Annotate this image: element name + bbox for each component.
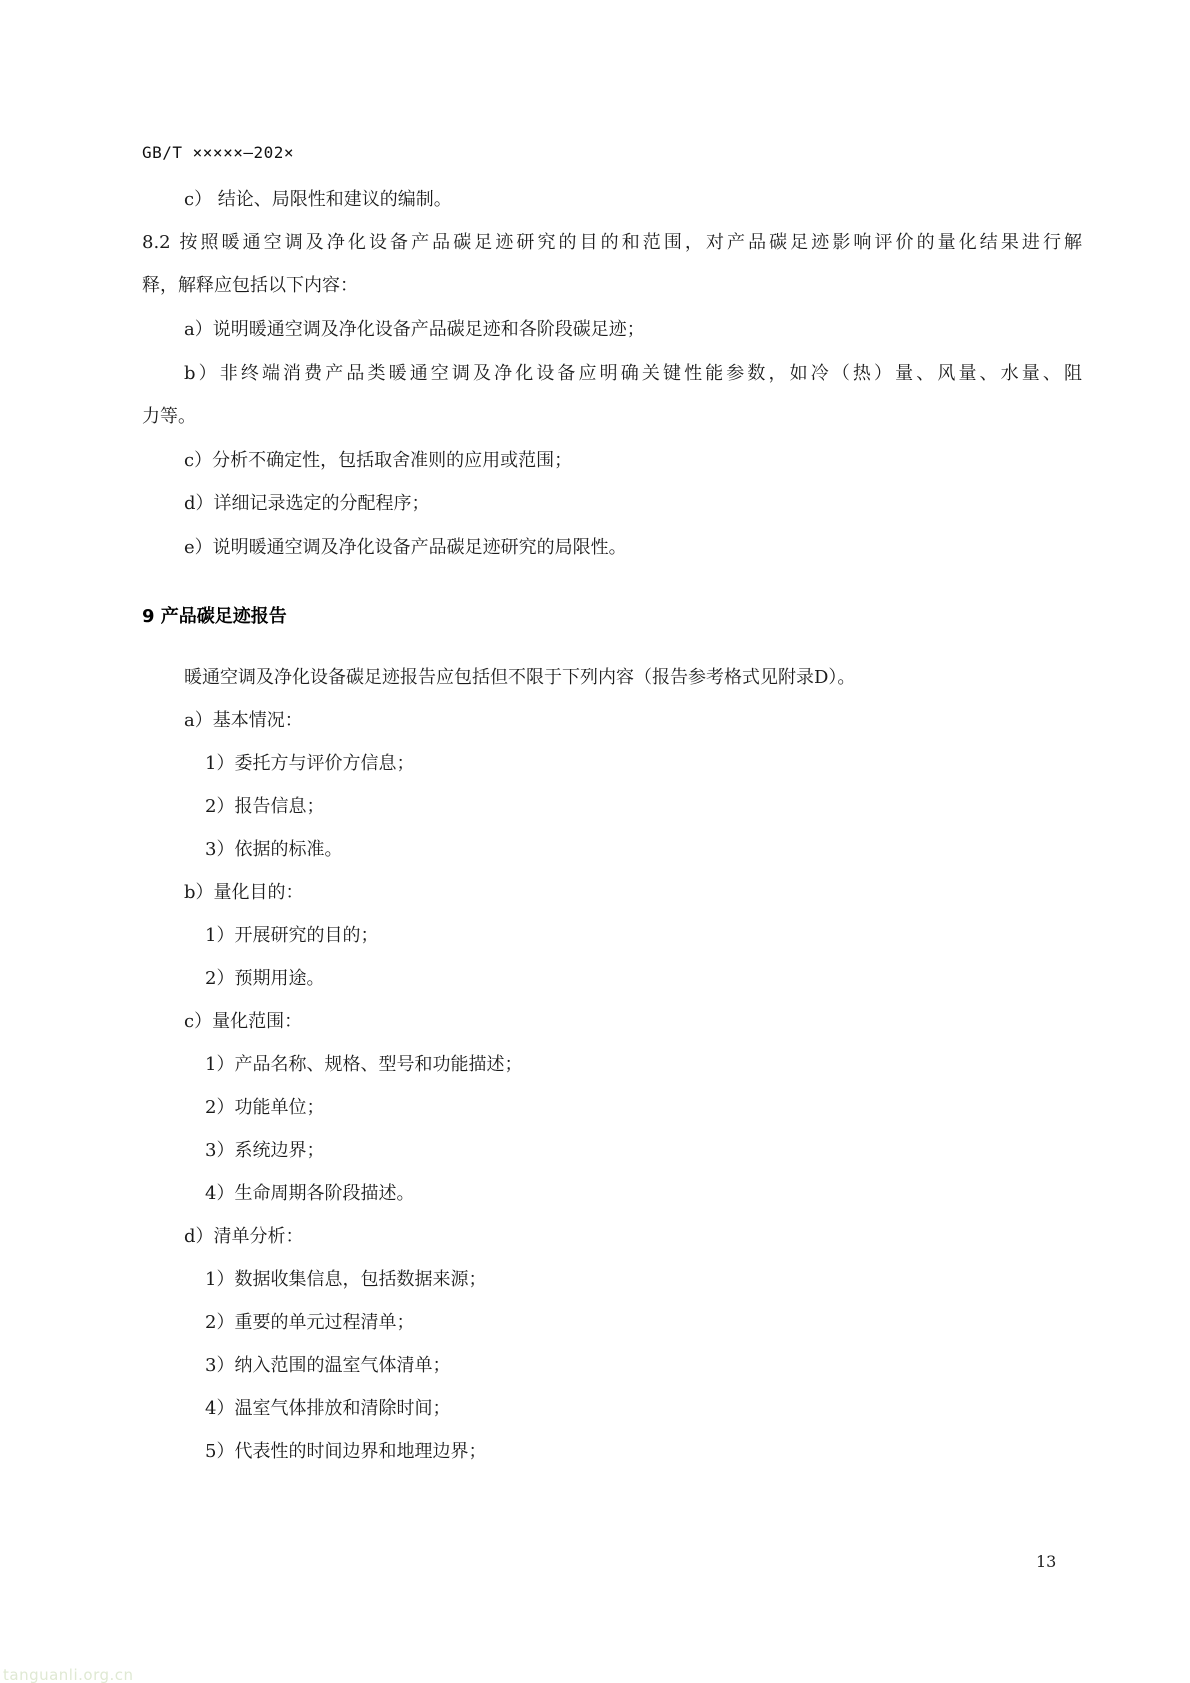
clause-8-2-item-b-line1: b）非终端消费产品类暖通空调及净化设备应明确关键性能参数，如冷（热）量、风量、水…: [184, 362, 1082, 386]
prev-item-c: c） 结论、局限性和建议的编制。: [184, 188, 452, 212]
group-c-item-1: 1）产品名称、规格、型号和功能描述；: [205, 1053, 522, 1077]
group-b-item-2: 2）预期用途。: [205, 967, 324, 991]
group-d-item-3: 3）纳入范围的温室气体清单；: [205, 1354, 450, 1378]
group-d-label: d）清单分析：: [184, 1225, 304, 1249]
clause-8-2-item-e: e）说明暖通空调及净化设备产品碳足迹研究的局限性。: [184, 536, 627, 560]
group-a-item-1: 1）委托方与评价方信息；: [205, 752, 414, 776]
clause-8-2-item-a: a）说明暖通空调及净化设备产品碳足迹和各阶段碳足迹；: [184, 318, 645, 342]
document-page: GB/T ×××××—202× c） 结论、局限性和建议的编制。 8.2 按照暖…: [0, 0, 1190, 1683]
page-number: 13: [1036, 1552, 1056, 1571]
group-d-item-1: 1）数据收集信息，包括数据来源；: [205, 1268, 486, 1292]
clause-8-2-item-c: c）分析不确定性，包括取舍准则的应用或范围；: [184, 449, 572, 473]
group-c-item-4: 4）生命周期各阶段描述。: [205, 1182, 414, 1206]
clause-8-2-line2: 释，解释应包括以下内容：: [142, 274, 358, 298]
group-b-label: b）量化目的：: [184, 881, 304, 905]
clause-8-2-line1: 8.2 按照暖通空调及净化设备产品碳足迹研究的目的和范围，对产品碳足迹影响评价的…: [142, 231, 1082, 255]
group-c-label: c）量化范围：: [184, 1010, 302, 1034]
group-b-item-1: 1）开展研究的目的；: [205, 924, 378, 948]
group-a-label: a）基本情况：: [184, 709, 303, 733]
group-a-item-2: 2）报告信息；: [205, 795, 324, 819]
standard-code-header: GB/T ×××××—202×: [142, 143, 294, 162]
section-9-intro: 暖通空调及净化设备碳足迹报告应包括但不限于下列内容（报告参考格式见附录D）。: [184, 666, 855, 690]
clause-8-2-item-d: d）详细记录选定的分配程序；: [184, 492, 430, 516]
group-c-item-3: 3）系统边界；: [205, 1139, 324, 1163]
group-a-item-3: 3）依据的标准。: [205, 838, 342, 862]
section-9-heading: 9 产品碳足迹报告: [142, 602, 287, 628]
group-d-item-4: 4）温室气体排放和清除时间；: [205, 1397, 450, 1421]
group-d-item-5: 5）代表性的时间边界和地理边界；: [205, 1440, 486, 1464]
group-d-item-2: 2）重要的单元过程清单；: [205, 1311, 414, 1335]
watermark-text: tanguanli.org.cn: [3, 1666, 134, 1683]
clause-8-2-item-b-line2: 力等。: [142, 405, 196, 429]
group-c-item-2: 2）功能单位；: [205, 1096, 324, 1120]
